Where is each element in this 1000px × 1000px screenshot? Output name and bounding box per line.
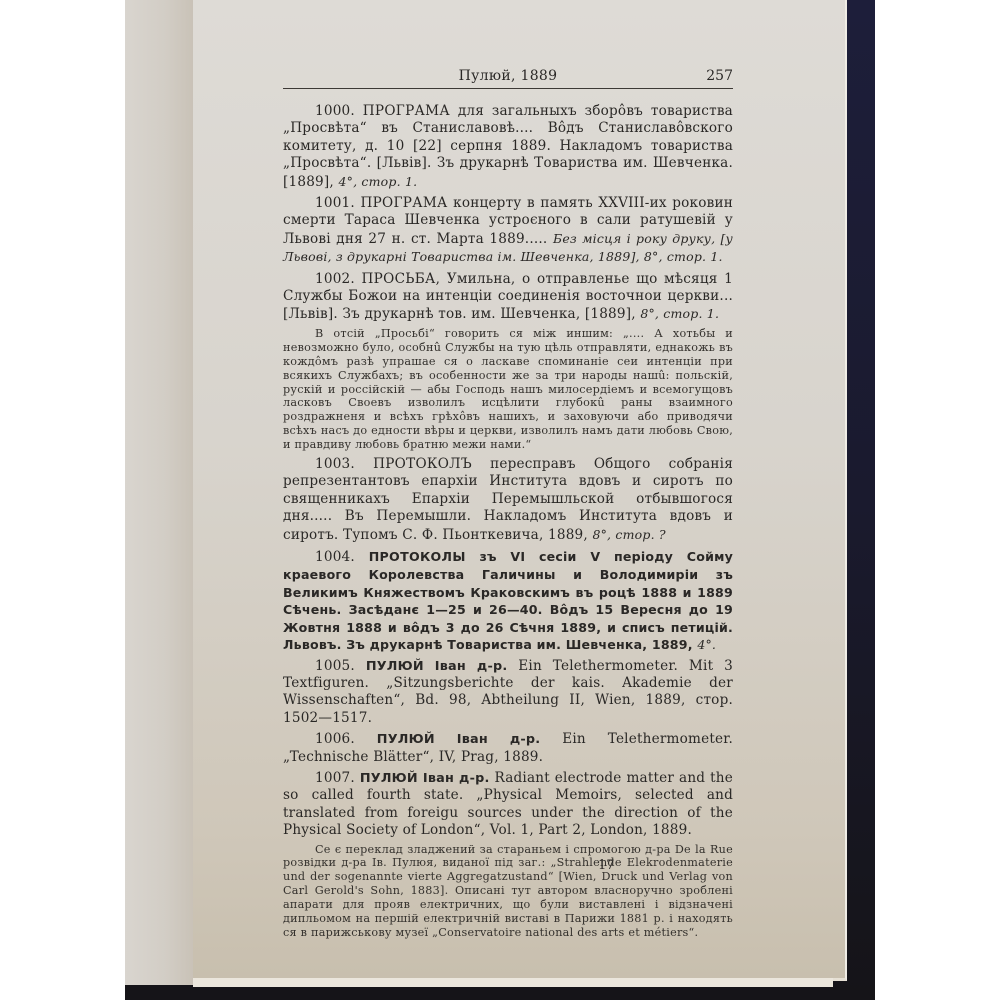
entry-format: 8°, стор. ? [592,527,665,542]
entry-title: ПРОГРАМА [360,195,447,211]
bibliography-entry-1006: 1006. ПУЛЮЙ Іван д-р. Ein Telethermomete… [283,731,733,766]
entry-annotation-1002: В отсій „Просьбі“ говорить ся між иншим:… [283,327,733,452]
page-bottom-edge [193,978,833,987]
entry-format: 8°, стор. 1. [640,306,719,321]
running-head: Пулюй, 1889 257 [283,66,733,89]
entry-author: ПУЛЮЙ Іван д-р. [377,732,541,747]
bibliography-entry-1007: 1007. ПУЛЮЙ Іван д-р. Radiant electrode … [283,770,733,840]
entry-number: 1000. [315,103,355,119]
entry-author: ПУЛЮЙ Іван д-р. [366,659,508,674]
entry-number: 1004. [315,549,355,565]
signature-mark: 17 [598,858,615,873]
entry-number: 1001. [315,195,355,211]
entry-number: 1007. [315,770,355,786]
page-number: 257 [706,68,733,84]
entry-number: 1006. [315,731,355,747]
entry-annotation-1007: Се є переклад зладжений за стараньем і с… [283,843,733,940]
bibliography-entry-1000: 1000. ПРОГРАМА для загальныхъ зборôвъ то… [283,103,733,191]
facing-page-edge [125,0,194,985]
bibliography-entry-1003: 1003. ПРОТОКОЛЪ пересправъ Общого собран… [283,456,733,544]
bibliography-entry-1004: 1004. ПРОТОКОЛЫ зъ VI сесіи V періоду Со… [283,548,733,653]
entry-number: 1002. [315,271,355,287]
bibliography-entry-1002: 1002. ПРОСЬБА, Умильна, о отправленье що… [283,271,733,324]
bibliography-entry-1001: 1001. ПРОГРАМА концерту в память XXVIII-… [283,195,733,267]
running-title: Пулюй, 1889 [283,68,733,84]
bibliography-entry-1005: 1005. ПУЛЮЙ Іван д-р. Ein Telethermomete… [283,658,733,728]
entry-number: 1003. [315,456,355,472]
entry-number: 1005. [315,658,355,674]
page-content: Пулюй, 1889 257 1000. ПРОГРАМА для загал… [283,66,733,940]
entry-author: ПУЛЮЙ Іван д-р. [360,771,490,786]
entry-title: ПРОСЬБА, [362,271,441,287]
entry-title: ПРОТОКОЛЫ [369,549,466,564]
entry-title: ПРОГРАМА [363,103,450,119]
entry-format: 4°. [697,637,716,652]
entry-format: 4°, стор. 1. [338,174,417,189]
entry-title: ПРОТОКОЛЪ [373,456,472,472]
